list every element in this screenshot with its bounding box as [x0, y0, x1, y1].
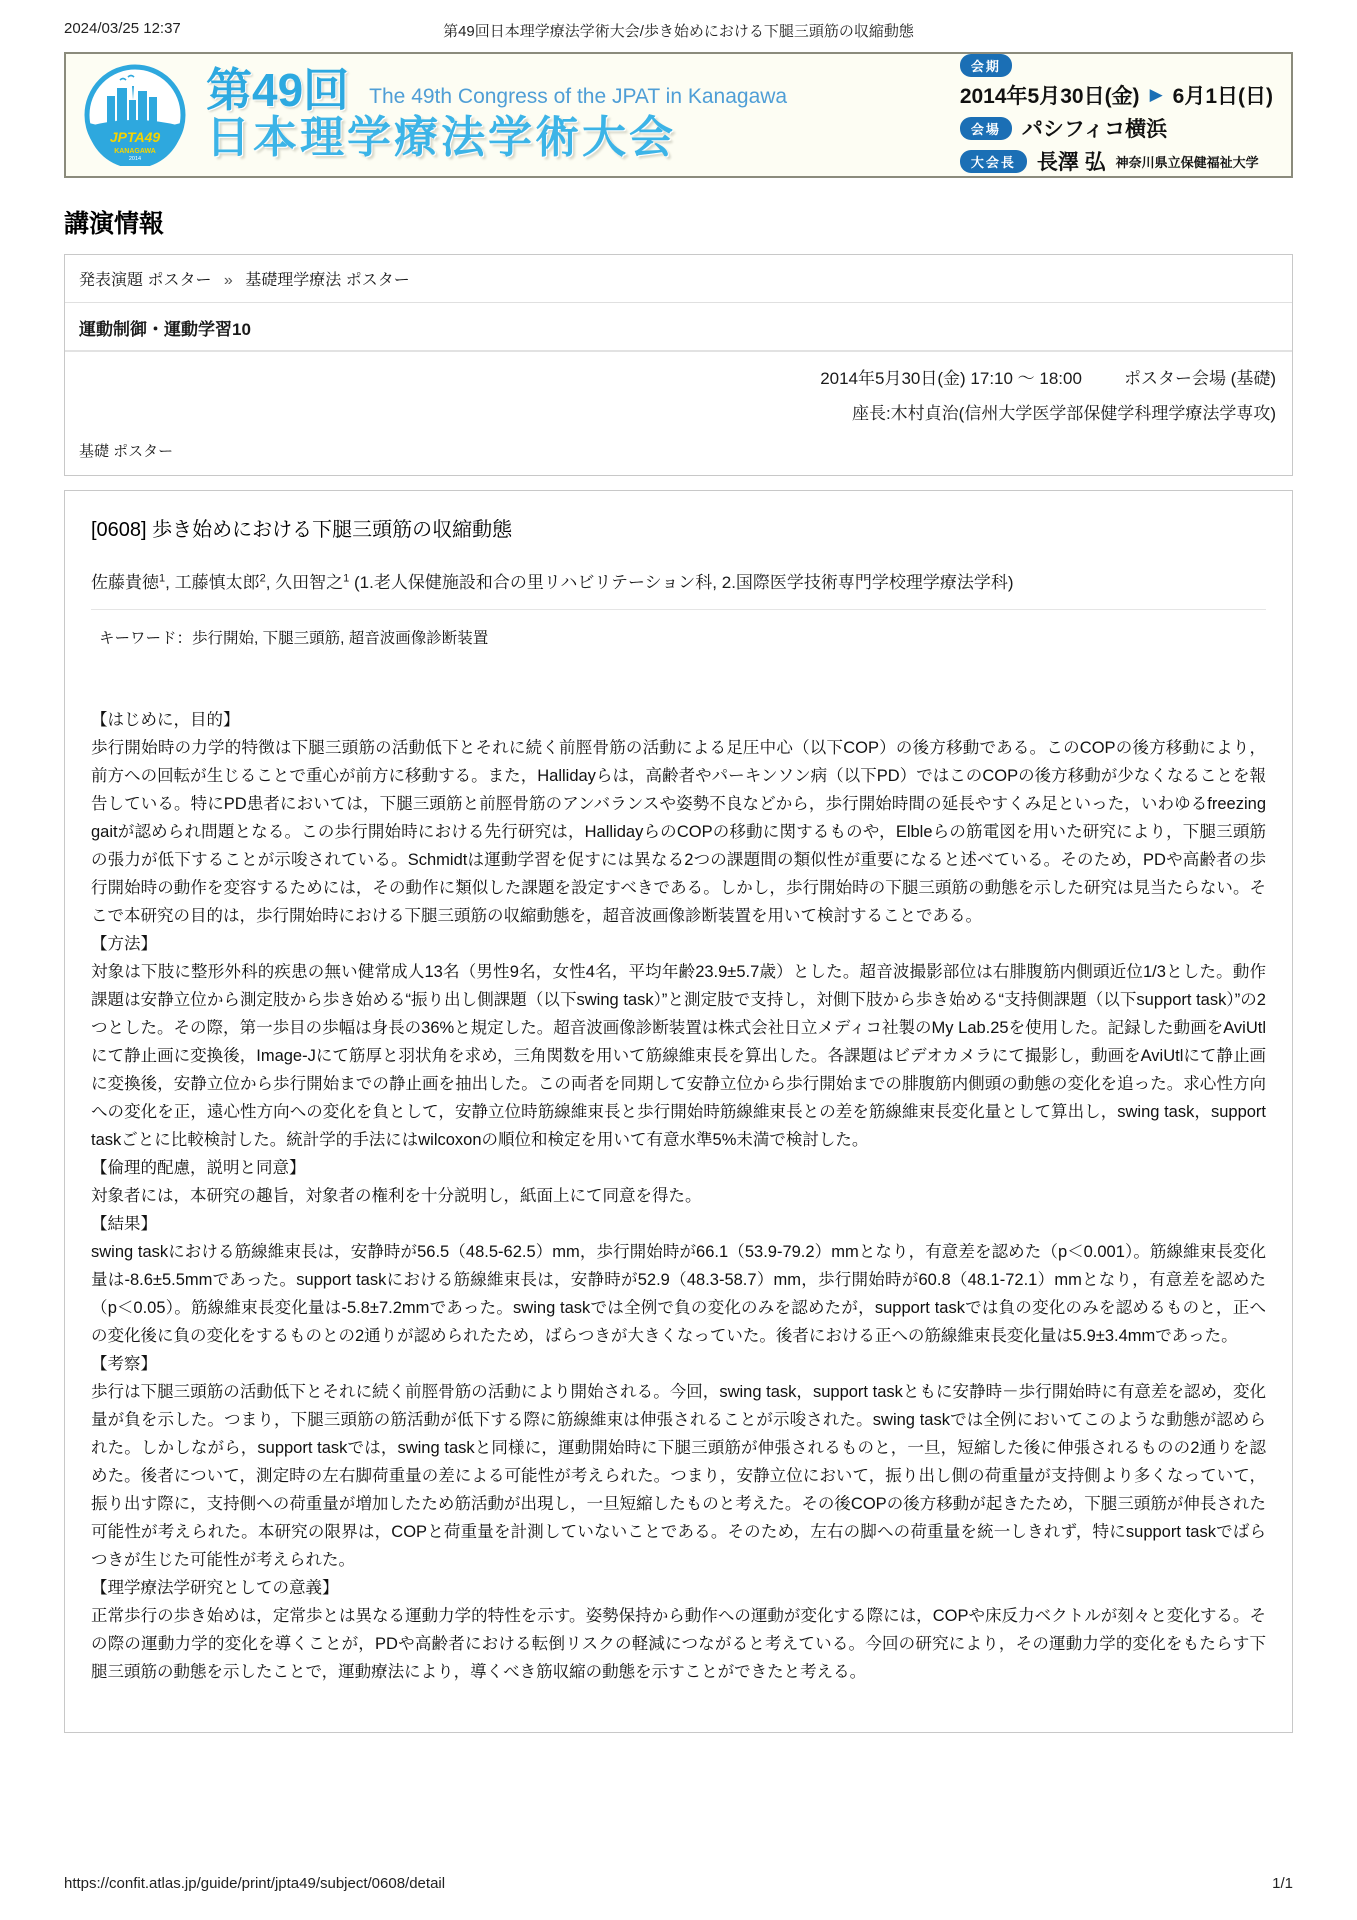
- abstract-body: 【はじめに，目的】 歩行開始時の力学的特徴は下腿三頭筋の活動低下とそれに続く前脛…: [91, 706, 1266, 1686]
- congress-dates-value: 2014年5月30日(金) ▶ 6月1日(日): [960, 80, 1273, 110]
- congress-info-block: 会期 2014年5月30日(金) ▶ 6月1日(日) 会場 パシフィコ横浜 大会…: [960, 54, 1277, 176]
- section-text: 対象者には，本研究の趣旨，対象者の権利を十分説明し，紙面上にて同意を得た。: [91, 1182, 1266, 1210]
- author-affiliations: (1.老人保健施設和合の里リハビリテーション科, 2.国際医学技術専門学校理学療…: [349, 573, 1013, 592]
- date-to: 6月1日(日): [1173, 80, 1273, 110]
- page-title: 講演情報: [64, 204, 1293, 240]
- date-from: 2014年5月30日(金): [960, 80, 1140, 110]
- print-document-title: 第49回日本理学療法学術大会/歩き始めにおける下腿三頭筋の収縮動態: [64, 20, 1293, 41]
- congress-title-japanese: 日本理学療法学術大会: [206, 113, 787, 164]
- breadcrumb-separator: »: [224, 272, 233, 289]
- session-chair: 座長:木村貞治(信州大学医学部保健学科理学療法学専攻): [65, 389, 1292, 424]
- section-text: 対象は下肢に整形外科的疾患の無い健常成人13名（男性9名，女性4名，平均年齢23…: [91, 958, 1266, 1154]
- breadcrumb-item-category[interactable]: 基礎理学療法 ポスター: [245, 272, 409, 289]
- section-text: 歩行開始時の力学的特徴は下腿三頭筋の活動低下とそれに続く前脛骨筋の活動による足圧…: [91, 734, 1266, 930]
- print-url: https://confit.atlas.jp/guide/print/jpta…: [64, 1875, 445, 1892]
- section-text: 正常歩行の歩き始めは，定常歩とは異なる運動力学的特性を示す。姿勢保持から動作への…: [91, 1602, 1266, 1686]
- print-header: 2024/03/25 12:37 第49回日本理学療法学術大会/歩き始めにおける…: [64, 0, 1293, 52]
- president-badge: 大会長: [960, 150, 1027, 173]
- section-heading: 【倫理的配慮，説明と同意】: [91, 1154, 1266, 1182]
- venue-name: パシフィコ横浜: [1022, 113, 1167, 143]
- congress-president-row: 大会長 長澤 弘 神奈川県立保健福祉大学: [960, 146, 1273, 176]
- section-heading: 【方法】: [91, 930, 1266, 958]
- section-text: swing taskにおける筋線維束長は，安静時が56.5（48.5-62.5）…: [91, 1238, 1266, 1350]
- congress-number: 第49回: [206, 67, 349, 113]
- congress-venue-row: 会場 パシフィコ横浜: [960, 113, 1273, 143]
- section-heading: 【考察】: [91, 1350, 1266, 1378]
- congress-banner: JPTA49 KANAGAWA 2014 第49回 The 49th Congr…: [64, 52, 1293, 178]
- author-name: , 工藤慎太郎: [165, 573, 259, 592]
- abstract-section: 【倫理的配慮，説明と同意】 対象者には，本研究の趣旨，対象者の権利を十分説明し，…: [91, 1154, 1266, 1210]
- print-page-number: 1/1: [1272, 1875, 1293, 1892]
- abstract-section: 【はじめに，目的】 歩行開始時の力学的特徴は下腿三頭筋の活動低下とそれに続く前脛…: [91, 706, 1266, 930]
- section-heading: 【理学療法学研究としての意義】: [91, 1574, 1266, 1602]
- abstract-section: 【考察】 歩行は下腿三頭筋の活動低下とそれに続く前脛骨筋の活動により開始される。…: [91, 1350, 1266, 1574]
- session-category: 基礎 ポスター: [65, 424, 1292, 475]
- print-footer: https://confit.atlas.jp/guide/print/jpta…: [64, 1875, 1293, 1892]
- abstract-section: 【結果】 swing taskにおける筋線維束長は，安静時が56.5（48.5-…: [91, 1210, 1266, 1350]
- congress-title-english: The 49th Congress of the JPAT in Kanagaw…: [369, 85, 787, 113]
- author-name: , 久田智之: [266, 573, 343, 592]
- congress-logo-icon: JPTA49 KANAGAWA 2014: [84, 64, 186, 166]
- president-name: 長澤 弘: [1037, 146, 1106, 176]
- dates-badge: 会期: [960, 54, 1012, 77]
- author-name: 佐藤貴徳: [91, 573, 159, 592]
- breadcrumb-item-poster[interactable]: 発表演題 ポスター: [79, 272, 211, 289]
- logo-text-kanagawa: KANAGAWA: [114, 148, 156, 155]
- authors-line: 佐藤貴徳1, 工藤慎太郎2, 久田智之1 (1.老人保健施設和合の里リハビリテー…: [91, 568, 1266, 593]
- congress-title-block: 第49回 The 49th Congress of the JPAT in Ka…: [206, 67, 787, 164]
- keywords-line: キーワード：歩行開始, 下腿三頭筋, 超音波画像診断装置: [91, 626, 1266, 648]
- session-venue: ポスター会場 (基礎): [1124, 369, 1276, 388]
- section-heading: 【はじめに，目的】: [91, 706, 1266, 734]
- section-text: 歩行は下腿三頭筋の活動低下とそれに続く前脛骨筋の活動により開始される。今回，sw…: [91, 1378, 1266, 1574]
- abstract-section: 【理学療法学研究としての意義】 正常歩行の歩き始めは，定常歩とは異なる運動力学的…: [91, 1574, 1266, 1686]
- breadcrumb: 発表演題 ポスター » 基礎理学療法 ポスター: [65, 255, 1292, 303]
- session-datetime-row: 2014年5月30日(金) 17:10 ～ 18:00ポスター会場 (基礎): [65, 352, 1292, 389]
- logo-text-jpta49: JPTA49: [110, 129, 161, 145]
- abstract-box: [0608] 歩き始めにおける下腿三頭筋の収縮動態 佐藤貴徳1, 工藤慎太郎2,…: [64, 490, 1293, 1733]
- session-datetime: 2014年5月30日(金) 17:10 ～ 18:00: [820, 369, 1082, 388]
- section-heading: 【結果】: [91, 1210, 1266, 1238]
- president-affiliation: 神奈川県立保健福祉大学: [1116, 152, 1259, 171]
- divider: [91, 609, 1266, 610]
- arrow-right-icon: ▶: [1150, 85, 1163, 105]
- logo-text-year: 2014: [129, 156, 141, 162]
- abstract-title: [0608] 歩き始めにおける下腿三頭筋の収縮動態: [91, 513, 1266, 542]
- session-box: 発表演題 ポスター » 基礎理学療法 ポスター 運動制御・運動学習10 2014…: [64, 254, 1293, 476]
- session-title: 運動制御・運動学習10: [65, 303, 1292, 352]
- abstract-section: 【方法】 対象は下肢に整形外科的疾患の無い健常成人13名（男性9名，女性4名，平…: [91, 930, 1266, 1154]
- venue-badge: 会場: [960, 117, 1012, 140]
- congress-dates-row: 会期: [960, 54, 1273, 77]
